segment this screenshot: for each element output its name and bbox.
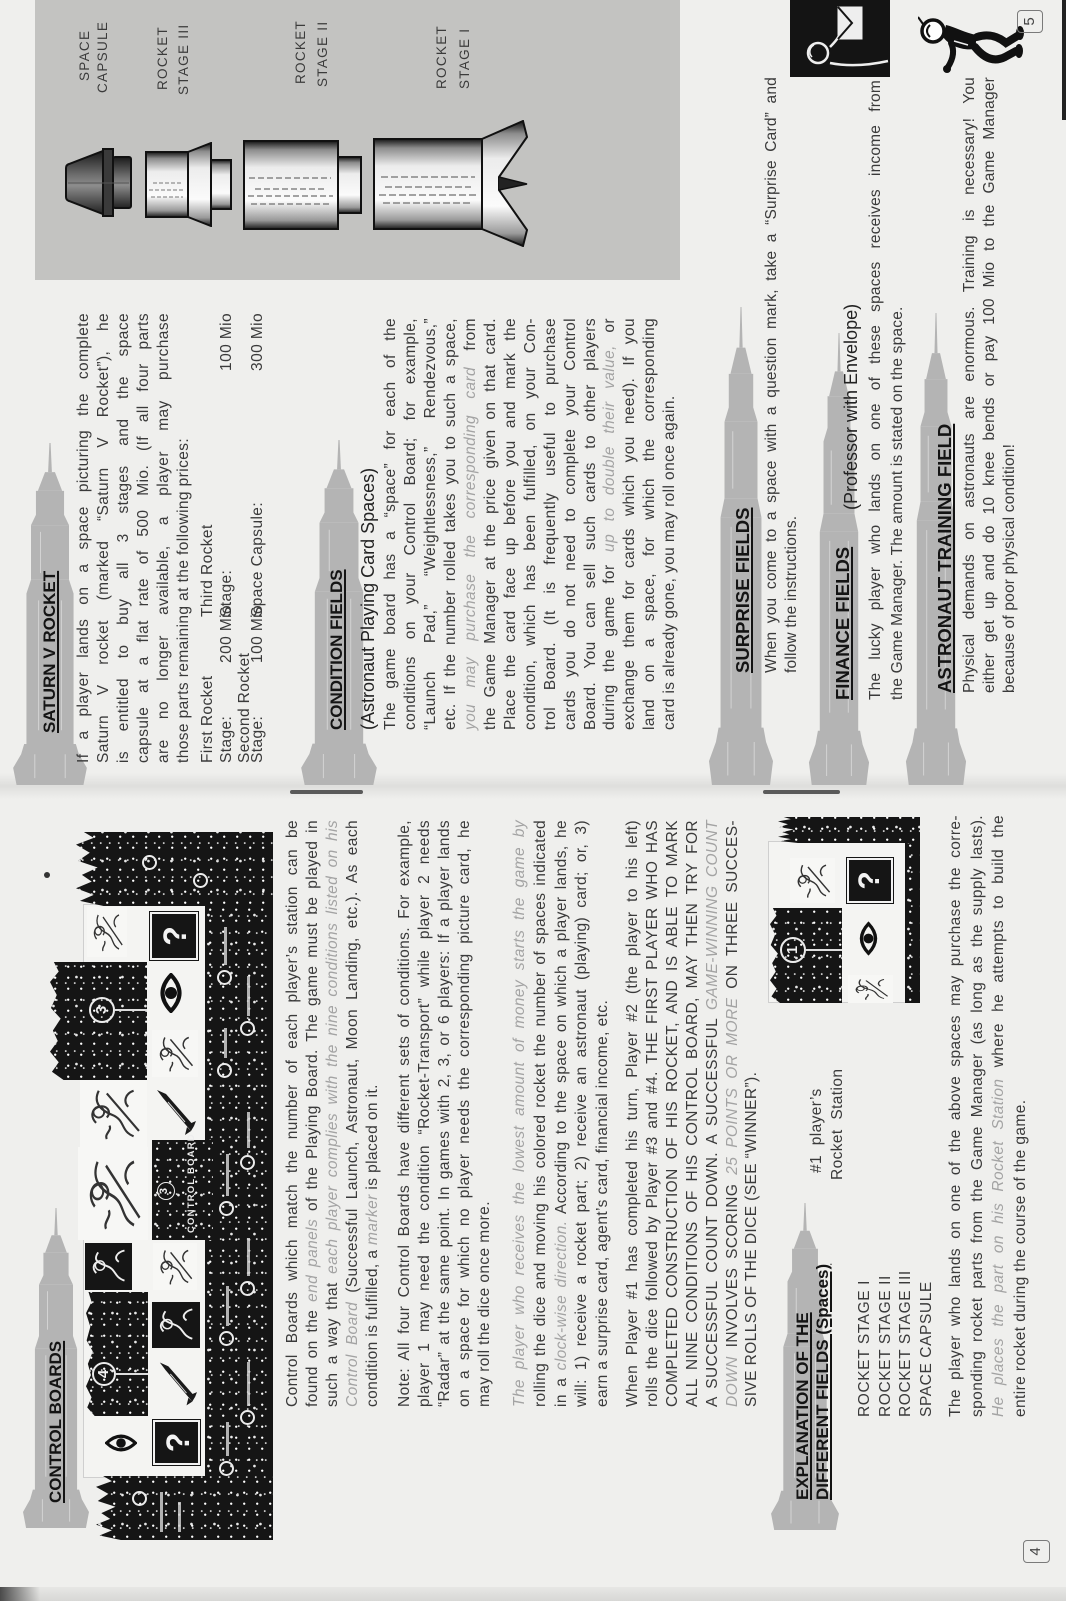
text-line: capsule at a flat rate of 500 Mio. (If a… bbox=[134, 313, 154, 763]
price-value: 100 Mio bbox=[249, 605, 267, 685]
text-segment: Physical demands on astronauts are enorm… bbox=[961, 77, 978, 693]
text-line: you may purchase the corresponding card … bbox=[461, 318, 481, 730]
price-value: 300 Mio bbox=[249, 313, 267, 393]
text-line: because of poor physical condition! bbox=[1000, 77, 1020, 693]
text-segment: those parts remaining at the following p… bbox=[175, 438, 192, 763]
text-line: etc. If the number rolled takes you to s… bbox=[441, 318, 461, 730]
rocket-stage-1-illustration bbox=[373, 120, 528, 247]
text-line: trol Board. (It is frequently useful to … bbox=[541, 318, 561, 730]
price-label: Third Rocket bbox=[199, 524, 217, 617]
text-segment: The game board has a “space” for each of… bbox=[382, 318, 399, 730]
label-line: STAGE I bbox=[453, 25, 476, 89]
section-heading-surprise-fields: SURPRISE FIELDS bbox=[732, 508, 754, 674]
label-line: ROCKET bbox=[430, 25, 453, 89]
text-segment: exchange them for cards which you need).… bbox=[621, 318, 638, 730]
text-segment: because of poor physical condition! bbox=[1001, 444, 1018, 693]
label-line: SPACE bbox=[76, 21, 94, 93]
astronaut-icon bbox=[918, 15, 1024, 81]
text-segment: either get up and do 10 knee bends or pa… bbox=[981, 77, 998, 693]
text-line: The game board has a “space” for each of… bbox=[381, 318, 401, 730]
section-heading-finance-fields: FINANCE FIELDS bbox=[832, 547, 854, 700]
price-sublabel: Stage: bbox=[218, 570, 236, 617]
text-line: those parts remaining at the following p… bbox=[174, 313, 194, 763]
price-label: First Rocket bbox=[199, 676, 217, 763]
page-5: SPACE CAPSULE ROCKET STAGE III ROCKET ST… bbox=[0, 0, 1066, 1601]
finance-fields-subheading: (Professor with Envelope) bbox=[840, 304, 862, 510]
text-segment: etc. If the number rolled takes you to s… bbox=[442, 318, 459, 730]
text-line: follow the instructions. bbox=[782, 77, 802, 673]
text-line: Saturn V rocket (marked “Saturn V Rocket… bbox=[94, 313, 114, 763]
text-line: Physical demands on astronauts are enorm… bbox=[960, 77, 980, 693]
text-segment: “Launch Pad,” “Weightlessness,” Rendezvo… bbox=[422, 318, 439, 730]
finance-fields-paragraph: The lucky player who lands on one of the… bbox=[865, 80, 909, 700]
text-line: Place the card face up before you and ma… bbox=[501, 318, 521, 730]
text-line: If a player lands on a space picturing t… bbox=[74, 313, 94, 763]
rocket-stage-3-illustration bbox=[145, 142, 232, 227]
text-segment: the Game Manager at the price given on t… bbox=[482, 318, 499, 730]
label-line: ROCKET bbox=[152, 24, 173, 95]
text-line: Board. You can sell such cards to other … bbox=[581, 318, 601, 730]
text-line: The lucky player who lands on one of the… bbox=[865, 80, 887, 700]
text-segment: Saturn V rocket (marked “Saturn V Rocket… bbox=[95, 313, 112, 763]
section-heading-condition-fields: CONDITION FIELDS bbox=[327, 569, 347, 730]
emphasized-text: you may purchase the corresponding card bbox=[462, 367, 479, 730]
label-line: STAGE III bbox=[173, 24, 194, 95]
page-number: 5 bbox=[1017, 10, 1043, 33]
text-segment: card is already gone, you may roll once … bbox=[661, 395, 678, 730]
text-line: When you come to a space with a question… bbox=[762, 77, 782, 673]
label-line: CAPSULE bbox=[94, 21, 112, 93]
text-line: are no longer available, a player may pu… bbox=[154, 313, 174, 763]
text-line: is entitled to buy all 3 stages and the … bbox=[114, 313, 134, 763]
text-segment: Board. You can sell such cards to other … bbox=[582, 318, 599, 730]
section-heading-astronaut-training-field: ASTRONAUT TRAINING FIELD bbox=[934, 424, 956, 693]
professor-envelope-icon bbox=[790, 0, 890, 77]
text-segment: land on a space, for which the correspon… bbox=[641, 318, 658, 730]
label-line: ROCKET bbox=[290, 20, 312, 87]
text-line: either get up and do 10 knee bends or pa… bbox=[980, 77, 1000, 693]
text-segment: during the game for bbox=[601, 552, 618, 730]
price-value: 100 Mio bbox=[218, 313, 236, 393]
text-segment: trol Board. (It is frequently useful to … bbox=[542, 318, 559, 730]
text-segment: The lucky player who lands on one of the… bbox=[867, 80, 884, 700]
text-line: conditions on your Control Board; for ex… bbox=[401, 318, 421, 730]
text-line: card is already gone, you may roll once … bbox=[660, 318, 680, 730]
text-segment: conditions on your Control Board; for ex… bbox=[402, 318, 419, 730]
text-segment: cards you do not need to complete your C… bbox=[562, 318, 579, 730]
condition-fields-paragraph: The game board has a “space” for each of… bbox=[381, 318, 680, 730]
text-segment: from bbox=[462, 318, 479, 367]
text-segment: capsule at a flat rate of 500 Mio. (If a… bbox=[135, 313, 152, 763]
text-line: land on a space, for which the correspon… bbox=[640, 318, 660, 730]
text-segment: When you come to a space with a question… bbox=[763, 77, 780, 673]
space-capsule-illustration bbox=[65, 148, 133, 217]
text-line: the Game Manager at the price given on t… bbox=[481, 318, 501, 730]
text-line: during the game for up to double their v… bbox=[600, 318, 620, 730]
text-line: condition, which has been fulfilled, on … bbox=[521, 318, 541, 730]
text-line: “Launch Pad,” “Weightlessness,” Rendezvo… bbox=[421, 318, 441, 730]
condition-fields-subheading: (Astronaut Playing Card Spaces) bbox=[357, 468, 379, 730]
price-value: 200 Mio bbox=[218, 605, 236, 685]
text-segment: or bbox=[601, 318, 618, 345]
saturn-v-paragraph: If a player lands on a space picturing t… bbox=[74, 313, 194, 763]
label-rocket-stage-2: ROCKET STAGE II bbox=[290, 20, 334, 87]
label-line: STAGE II bbox=[312, 20, 334, 87]
label-rocket-stage-3: ROCKET STAGE III bbox=[152, 24, 194, 95]
booklet-spread: 4 3 ? 3 CONTROL BOARD bbox=[0, 0, 1066, 1601]
text-segment: follow the instructions. bbox=[783, 516, 800, 673]
astronaut-training-paragraph: Physical demands on astronauts are enorm… bbox=[960, 77, 1020, 693]
text-segment: Place the card face up before you and ma… bbox=[502, 318, 519, 730]
emphasized-text: up to double their value, bbox=[601, 345, 618, 552]
text-line: cards you do not need to complete your C… bbox=[561, 318, 581, 730]
price-label: Space Capsule: bbox=[249, 502, 267, 617]
rocket-stage-2-illustration bbox=[243, 140, 362, 230]
text-segment: the Game Manager. The amount is stated o… bbox=[889, 306, 906, 700]
text-segment: is entitled to buy all 3 stages and the … bbox=[115, 313, 132, 763]
text-line: exchange them for cards which you need).… bbox=[620, 318, 640, 730]
section-heading-saturn-v: SATURN V ROCKET bbox=[40, 571, 60, 733]
text-segment: condition, which has been fulfilled, on … bbox=[522, 318, 539, 730]
text-segment: are no longer available, a player may pu… bbox=[155, 313, 172, 763]
text-segment: If a player lands on a space picturing t… bbox=[75, 313, 92, 763]
surprise-fields-paragraph: When you come to a space with a question… bbox=[762, 77, 802, 673]
price-sublabel: Stage: bbox=[249, 716, 267, 763]
label-rocket-stage-1: ROCKET STAGE I bbox=[430, 25, 476, 89]
price-sublabel: Stage: bbox=[218, 716, 236, 763]
label-space-capsule: SPACE CAPSULE bbox=[76, 21, 112, 93]
